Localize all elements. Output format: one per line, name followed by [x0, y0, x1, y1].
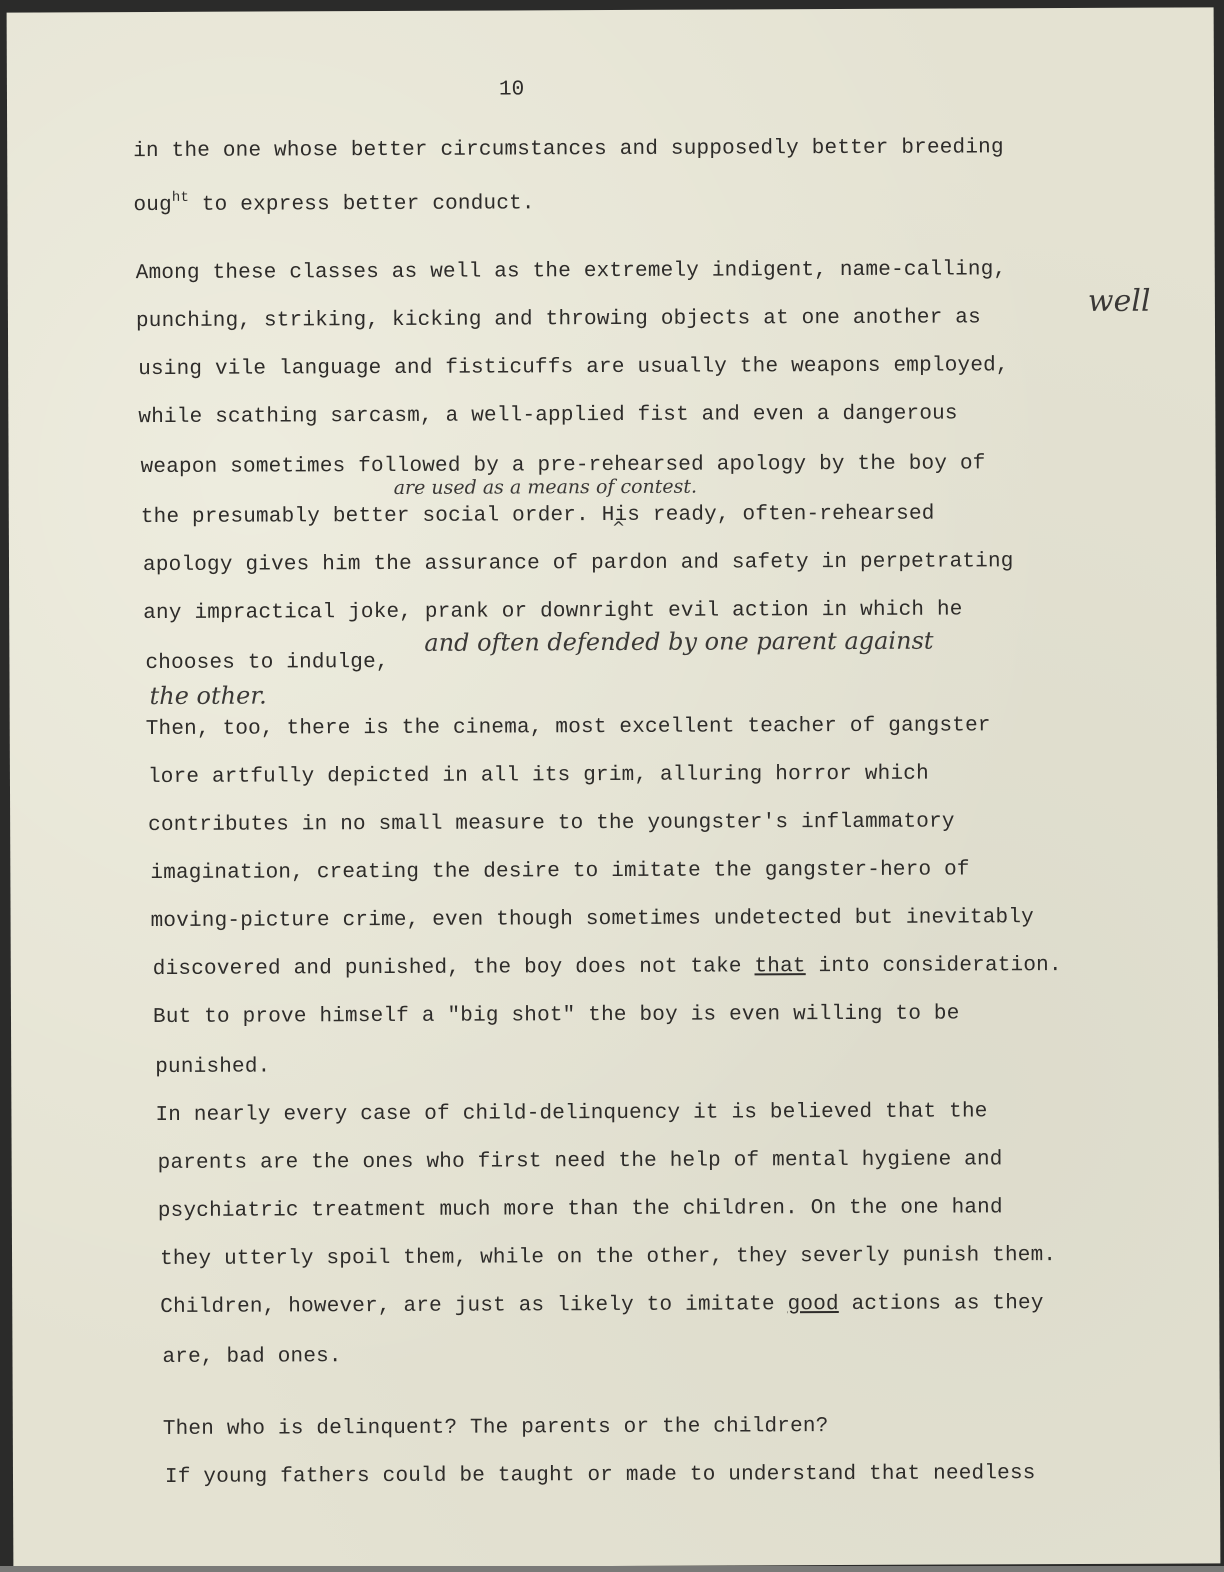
text-line: apology gives him the assurance of pardo… [143, 550, 1014, 577]
text-line: punished. [155, 1055, 270, 1079]
text-line: while scathing sarcasm, a well-applied f… [138, 402, 957, 429]
text-line: In nearly every case of child-delinquenc… [155, 1100, 987, 1127]
text-line: psychiatric treatment much more than the… [158, 1196, 1003, 1223]
text-line: Then who is delinquent? The parents or t… [163, 1415, 829, 1441]
underlined-word: that [754, 955, 805, 978]
text-fragment: discovered and punished, the boy does no… [153, 955, 755, 981]
text-line: any impractical joke, prank or downright… [143, 598, 962, 625]
text-fragment: to express better conduct. [189, 192, 535, 217]
text-line: Among these classes as well as the extre… [136, 258, 1007, 285]
underlined-word: good [788, 1293, 839, 1316]
text-line: punching, striking, kicking and throwing… [136, 306, 981, 333]
text-line: contributes in no small measure to the y… [148, 811, 955, 838]
text-line: chooses to indulge, [145, 651, 388, 675]
text-line: moving-picture crime, even though someti… [151, 906, 1034, 933]
handwritten-annotation: are used as a means of contest. [394, 476, 697, 499]
text-fragment: into consideration. [806, 954, 1062, 978]
text-line: Children, however, are just as likely to… [160, 1292, 1043, 1319]
text-line: parents are the ones who first need the … [158, 1148, 1003, 1175]
superscript-fragment: ht [172, 190, 189, 206]
text-line: they utterly spoil them, while on the ot… [160, 1244, 1056, 1271]
handwritten-annotation: and often defended by one parent against [424, 627, 933, 657]
text-line: If young fathers could be taught or made… [165, 1462, 1036, 1489]
handwritten-annotation: well [1088, 284, 1151, 319]
text-line: discovered and punished, the boy does no… [153, 954, 1062, 981]
text-line: in the one whose better circumstances an… [133, 136, 1004, 163]
insertion-caret: ^ [612, 518, 625, 537]
text-line: lore artfully depicted in all its grim, … [148, 763, 929, 789]
text-fragment: oug [133, 194, 172, 217]
text-fragment: actions as they [839, 1292, 1044, 1316]
text-line: ought to express better conduct. [133, 188, 534, 217]
text-line: Then, too, there is the cinema, most exc… [146, 714, 991, 741]
text-line: imagination, creating the desire to imit… [150, 858, 969, 885]
handwritten-annotation: the other. [150, 682, 267, 711]
text-line: the presumably better social order. His … [141, 503, 935, 529]
document-page: 10 in the one whose better circumstances… [7, 7, 1221, 1568]
text-line: using vile language and fisticuffs are u… [138, 354, 1009, 381]
text-line: are, bad ones. [162, 1345, 341, 1369]
scan-edge [0, 1566, 1224, 1572]
text-line: But to prove himself a "big shot" the bo… [153, 1002, 960, 1029]
page-number: 10 [499, 78, 524, 101]
text-fragment: Children, however, are just as likely to… [160, 1293, 787, 1319]
text-line: weapon sometimes followed by a pre-rehea… [141, 452, 986, 479]
